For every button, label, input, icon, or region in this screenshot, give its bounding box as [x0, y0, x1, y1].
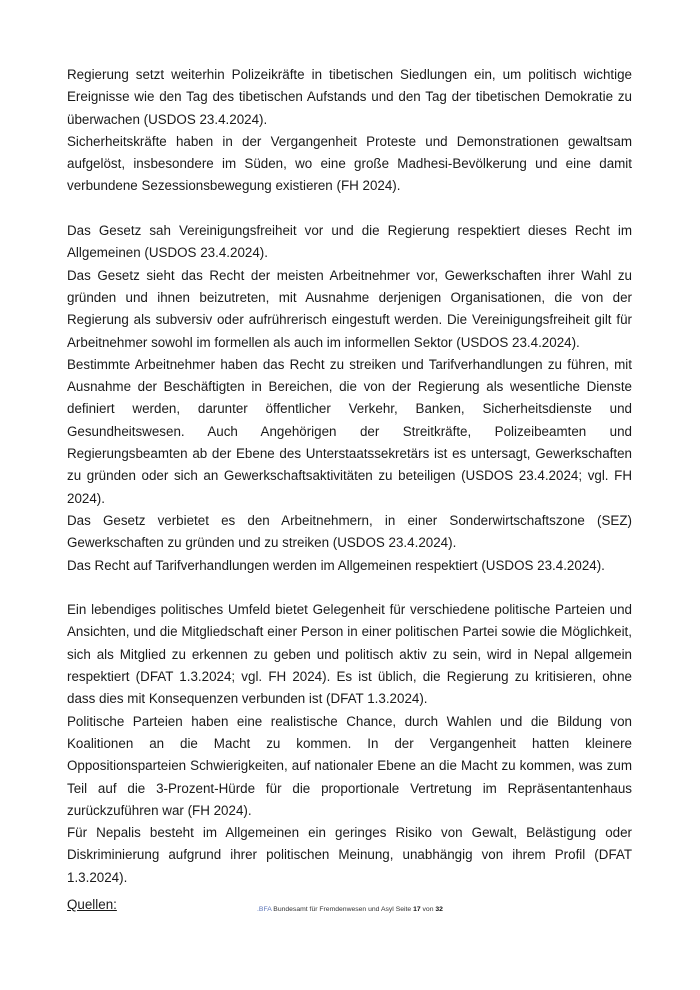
current-page-number: 17 [413, 906, 421, 913]
paragraph: Für Nepalis besteht im Allgemeinen ein g… [67, 822, 632, 889]
paragraph: Ein lebendiges politisches Umfeld bietet… [67, 599, 632, 710]
footer-of-text: von [423, 906, 434, 913]
section-police-protests: Regierung setzt weiterhin Polizeikräfte … [67, 64, 632, 198]
bfa-logo-text: .BFA [257, 906, 271, 913]
paragraph: Bestimmte Arbeitnehmer haben das Recht z… [67, 354, 632, 510]
paragraph: Das Gesetz sieht das Recht der meisten A… [67, 265, 632, 354]
section-gap [67, 577, 632, 599]
paragraph: Regierung setzt weiterhin Polizeikräfte … [67, 64, 632, 131]
section-gap [67, 198, 632, 220]
paragraph: Das Gesetz verbietet es den Arbeitnehmer… [67, 510, 632, 555]
paragraph: Sicherheitskräfte haben in der Vergangen… [67, 131, 632, 198]
section-political-parties: Ein lebendiges politisches Umfeld bietet… [67, 599, 632, 889]
paragraph: Politische Parteien haben eine realistis… [67, 711, 632, 822]
paragraph: Das Gesetz sah Vereinigungsfreiheit vor … [67, 220, 632, 265]
document-page: Regierung setzt weiterhin Polizeikräfte … [67, 64, 632, 916]
footer-org-text: Bundesamt für Fremdenwesen und Asyl Seit… [273, 906, 411, 913]
section-freedom-of-association: Das Gesetz sah Vereinigungsfreiheit vor … [67, 220, 632, 577]
total-pages-number: 32 [435, 906, 443, 913]
page-footer: .BFA Bundesamt für Fremdenwesen und Asyl… [0, 906, 700, 913]
paragraph: Das Recht auf Tarifverhandlungen werden … [67, 555, 632, 577]
